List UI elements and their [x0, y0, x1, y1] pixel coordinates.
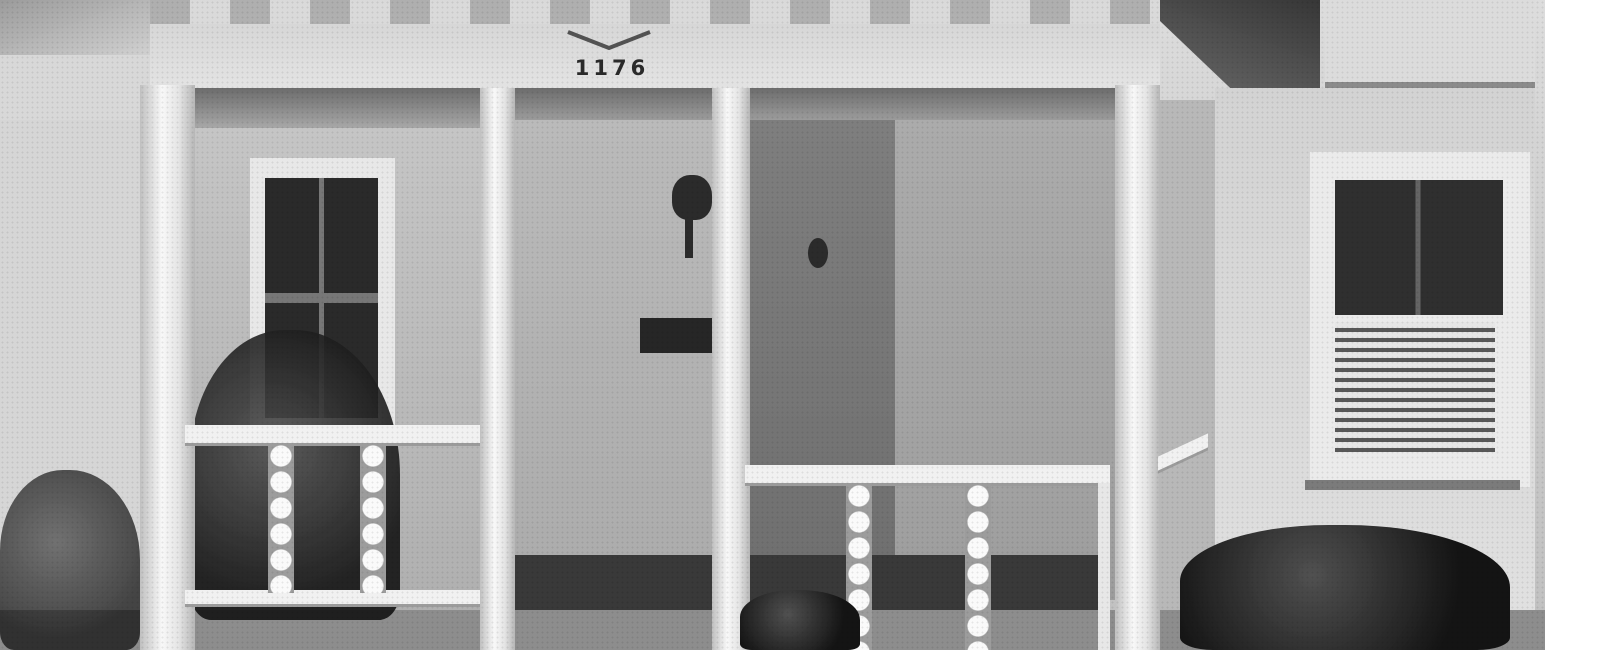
- left-eave: [0, 55, 150, 126]
- house-photo: 1176: [0, 0, 1545, 650]
- baluster: [360, 443, 386, 593]
- side-wall: [1160, 100, 1215, 620]
- baluster: [965, 483, 991, 650]
- porch-post-3: [712, 88, 750, 650]
- porch-post-4: [1115, 85, 1160, 650]
- left-roof: [0, 0, 150, 60]
- right-window-blinds: [1335, 322, 1495, 452]
- door-knocker-icon: [808, 238, 828, 268]
- right-shrub: [1180, 525, 1510, 650]
- baluster: [268, 443, 294, 593]
- right-window-upper: [1335, 180, 1503, 315]
- railing-end-post: [1098, 483, 1110, 650]
- porch-post-1: [140, 85, 195, 650]
- left-railing-top: [185, 425, 480, 443]
- right-roof: [1325, 0, 1535, 88]
- mailbox-icon: [640, 318, 712, 353]
- house-number: 1176: [570, 56, 654, 80]
- right-window-sill: [1305, 480, 1520, 490]
- center-shrub: [740, 590, 860, 650]
- left-shrub: [0, 470, 140, 650]
- chevron-ornament-icon: [566, 30, 652, 50]
- left-railing-bottom: [185, 590, 480, 604]
- right-railing-top: [745, 465, 1110, 483]
- wall-lamp-icon: [672, 175, 712, 220]
- front-door: [745, 120, 895, 600]
- porch-post-2: [480, 88, 515, 650]
- wall-lamp-stem: [685, 218, 693, 258]
- porch-wall-right: [895, 120, 1115, 600]
- fascia-dentil-trim: [150, 0, 1160, 24]
